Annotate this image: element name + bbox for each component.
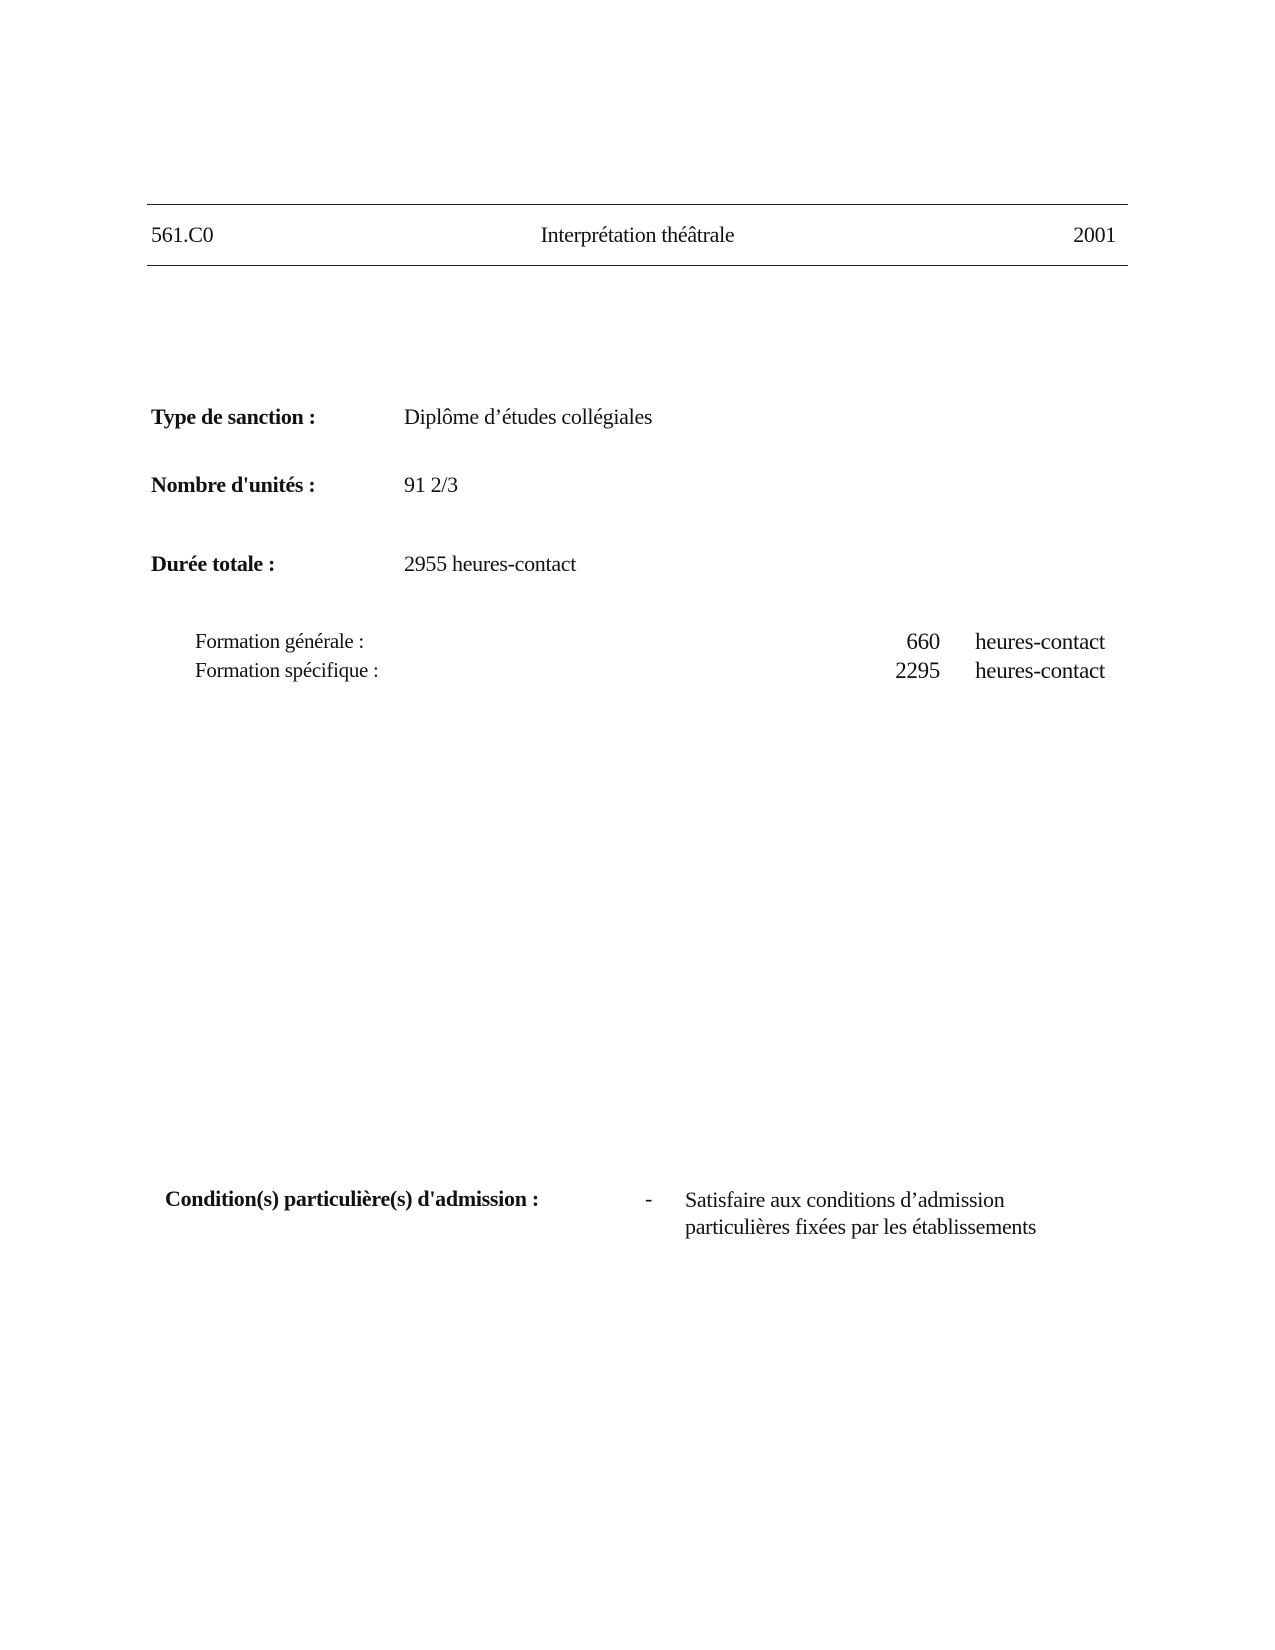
admission-text: Satisfaire aux conditions d’admission pa…	[685, 1186, 1105, 1240]
admission-line: Satisfaire aux conditions d’admission	[685, 1186, 1105, 1213]
field-value: 2955 heures-contact	[404, 551, 576, 577]
document-page: 561.C0 Interprétation théâtrale 2001 Typ…	[0, 0, 1275, 1650]
breakdown-unit: heures-contact	[975, 658, 1105, 684]
header-top-rule	[147, 204, 1128, 205]
field-label: Durée totale :	[151, 551, 275, 577]
admission-label: Condition(s) particulière(s) d'admission…	[165, 1186, 539, 1212]
breakdown-unit: heures-contact	[975, 629, 1105, 655]
breakdown-hours: 660	[906, 629, 940, 655]
bullet-dash: -	[645, 1186, 652, 1212]
program-year: 2001	[1073, 222, 1116, 248]
admission-line: particulières fixées par les établisseme…	[685, 1213, 1105, 1240]
breakdown-hours: 2295	[895, 658, 940, 684]
breakdown-label: Formation spécifique :	[195, 658, 379, 683]
header-bottom-rule	[147, 265, 1128, 266]
field-label: Type de sanction :	[151, 404, 316, 430]
breakdown-label: Formation générale :	[195, 629, 364, 654]
field-label: Nombre d'unités :	[151, 472, 315, 498]
field-value: Diplôme d’études collégiales	[404, 404, 652, 430]
field-value: 91 2/3	[404, 472, 458, 498]
